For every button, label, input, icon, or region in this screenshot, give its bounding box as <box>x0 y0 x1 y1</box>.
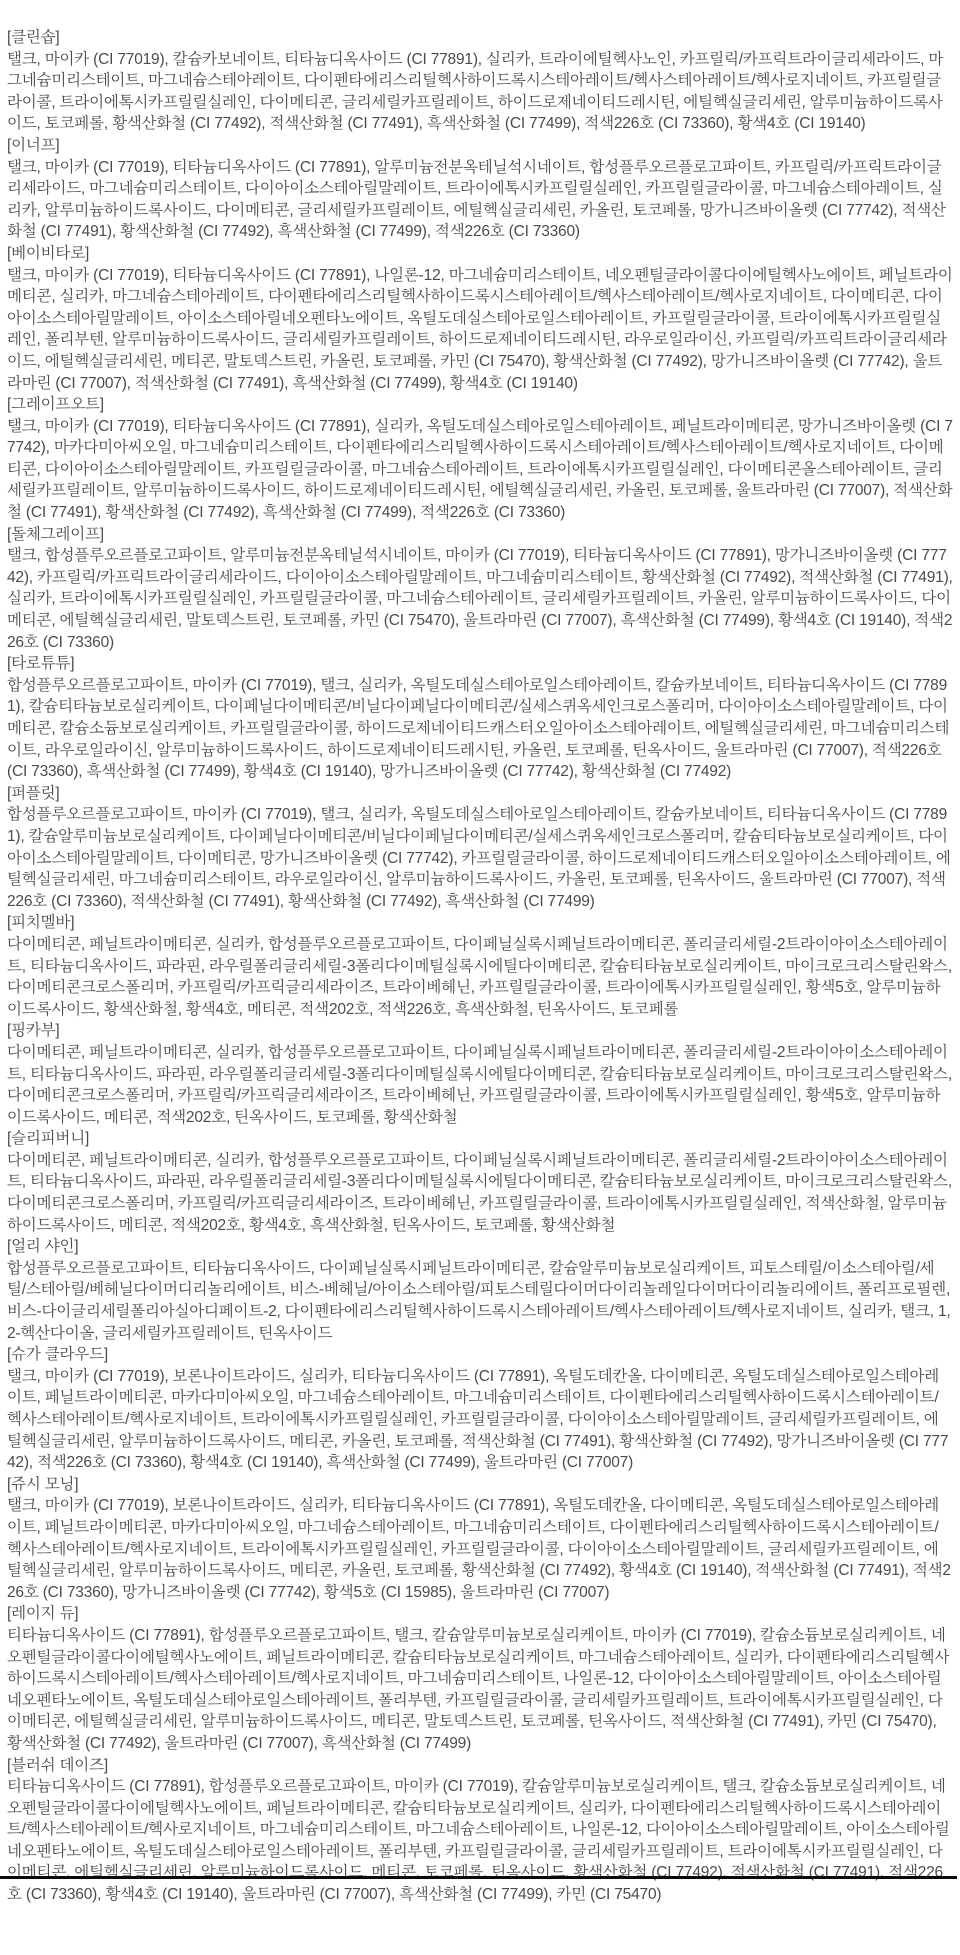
ingredient-section: [핑카부] 다이메티콘, 페닐트라이메티콘, 실리카, 합성플루오르플로고파이트… <box>7 1020 953 1128</box>
product-name-header: [핑카부] <box>7 1020 953 1042</box>
ingredient-list-text: 합성플루오르플로고파이트, 티타늄디옥사이드, 다이페닐실록시페닐트라이메티콘,… <box>7 1258 953 1344</box>
ingredient-section: [블러쉬 데이즈] 티타늄디옥사이드 (CI 77891), 합성플루오르플로고… <box>7 1755 953 1906</box>
product-name-header: [블러쉬 데이즈] <box>7 1755 953 1777</box>
product-name-header: [그레이프오트] <box>7 394 953 416</box>
product-name-header: [레이지 듀] <box>7 1603 953 1625</box>
ingredient-list-text: 탤크, 마이카 (CI 77019), 보론나이트라이드, 실리카, 티타늄디옥… <box>7 1495 953 1603</box>
ingredient-section: [슈가 클라우드] 탤크, 마이카 (CI 77019), 보론나이트라이드, … <box>7 1344 953 1474</box>
ingredient-list-text: 다이메티콘, 페닐트라이메티콘, 실리카, 합성플루오르플로고파이트, 다이페닐… <box>7 934 953 1020</box>
product-name-header: [피치멜바] <box>7 912 953 934</box>
ingredient-section: [퍼플릿] 합성플루오르플로고파이트, 마이카 (CI 77019), 탤크, … <box>7 783 953 913</box>
product-name-header: [베이비타로] <box>7 243 953 265</box>
product-name-header: [쥬시 모닝] <box>7 1474 953 1496</box>
ingredient-section: [돌체그레이프] 탤크, 합성플루오르플로고파이트, 알루미늄전분옥테닐석시네이… <box>7 524 953 654</box>
ingredient-list-text: 탤크, 마이카 (CI 77019), 티타늄디옥사이드 (CI 77891),… <box>7 265 953 395</box>
product-name-header: [돌체그레이프] <box>7 524 953 546</box>
ingredient-list-text: 다이메티콘, 페닐트라이메티콘, 실리카, 합성플루오르플로고파이트, 다이페닐… <box>7 1150 953 1236</box>
ingredient-section: [이너프] 탤크, 마이카 (CI 77019), 티타늄디옥사이드 (CI 7… <box>7 135 953 243</box>
ingredient-section: [그레이프오트] 탤크, 마이카 (CI 77019), 티타늄디옥사이드 (C… <box>7 394 953 524</box>
ingredient-section: [피치멜바] 다이메티콘, 페닐트라이메티콘, 실리카, 합성플루오르플로고파이… <box>7 912 953 1020</box>
product-name-header: [얼리 샤인] <box>7 1236 953 1258</box>
ingredient-section: [베이비타로] 탤크, 마이카 (CI 77019), 티타늄디옥사이드 (CI… <box>7 243 953 394</box>
product-name-header: [타로튜튜] <box>7 653 953 675</box>
ingredient-list-text: 합성플루오르플로고파이트, 마이카 (CI 77019), 탤크, 실리카, 옥… <box>7 675 953 783</box>
ingredients-document: [클린솝] 탤크, 마이카 (CI 77019), 칼슘카보네이트, 티타늄디옥… <box>7 27 953 1906</box>
ingredient-section: [클린솝] 탤크, 마이카 (CI 77019), 칼슘카보네이트, 티타늄디옥… <box>7 27 953 135</box>
ingredient-section: [슬리피버니] 다이메티콘, 페닐트라이메티콘, 실리카, 합성플루오르플로고파… <box>7 1128 953 1236</box>
bottom-divider-line <box>0 1876 957 1879</box>
product-name-header: [슈가 클라우드] <box>7 1344 953 1366</box>
ingredient-list-text: 탤크, 마이카 (CI 77019), 칼슘카보네이트, 티타늄디옥사이드 (C… <box>7 49 953 135</box>
ingredient-section: [쥬시 모닝] 탤크, 마이카 (CI 77019), 보론나이트라이드, 실리… <box>7 1474 953 1604</box>
ingredient-list-text: 탤크, 마이카 (CI 77019), 보론나이트라이드, 실리카, 티타늄디옥… <box>7 1366 953 1474</box>
ingredient-list-text: 탤크, 합성플루오르플로고파이트, 알루미늄전분옥테닐석시네이트, 마이카 (C… <box>7 545 953 653</box>
ingredient-list-text: 다이메티콘, 페닐트라이메티콘, 실리카, 합성플루오르플로고파이트, 다이페닐… <box>7 1042 953 1128</box>
ingredient-list-text: 탤크, 마이카 (CI 77019), 티타늄디옥사이드 (CI 77891),… <box>7 157 953 243</box>
ingredient-section: [타로튜튜] 합성플루오르플로고파이트, 마이카 (CI 77019), 탤크,… <box>7 653 953 783</box>
product-name-header: [클린솝] <box>7 27 953 49</box>
ingredient-section: [얼리 샤인] 합성플루오르플로고파이트, 티타늄디옥사이드, 다이페닐실록시페… <box>7 1236 953 1344</box>
ingredient-list-text: 티타늄디옥사이드 (CI 77891), 합성플루오르플로고파이트, 마이카 (… <box>7 1776 953 1906</box>
ingredient-section: [레이지 듀] 티타늄디옥사이드 (CI 77891), 합성플루오르플로고파이… <box>7 1603 953 1754</box>
ingredient-list-text: 탤크, 마이카 (CI 77019), 티타늄디옥사이드 (CI 77891),… <box>7 416 953 524</box>
product-name-header: [슬리피버니] <box>7 1128 953 1150</box>
product-name-header: [이너프] <box>7 135 953 157</box>
ingredient-list-text: 티타늄디옥사이드 (CI 77891), 합성플루오르플로고파이트, 탤크, 칼… <box>7 1625 953 1755</box>
product-name-header: [퍼플릿] <box>7 783 953 805</box>
ingredient-list-text: 합성플루오르플로고파이트, 마이카 (CI 77019), 탤크, 실리카, 옥… <box>7 804 953 912</box>
